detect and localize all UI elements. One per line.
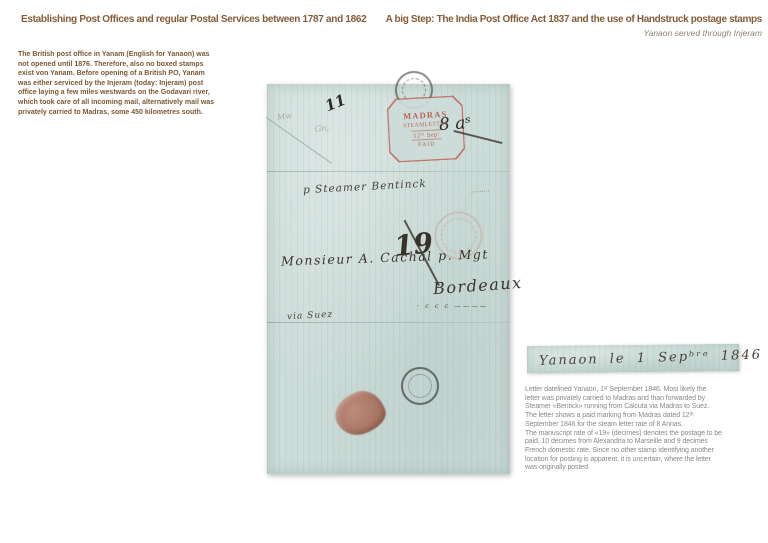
wax-seal (330, 385, 391, 440)
exhibit-page: Establishing Post Offices and regular Po… (0, 0, 768, 543)
handstamp-line-paid: PAID (418, 142, 436, 149)
faint-annotation (471, 188, 489, 193)
manuscript-eleven-mark: 11 (322, 91, 348, 116)
address-flourish: · c c c ———— (417, 302, 488, 310)
pencil-mark: Mw (276, 111, 292, 122)
cover-scan: 11 MADRAS STEAMLETTER 12ᵗʰ Sepᵗ PAID 8 a… (267, 84, 510, 474)
dateline-manuscript: Yanaon le 1 Sepᵇʳᵉ 1846 (527, 348, 762, 370)
caption-text: Letter datelined Yanaon, 1ˢᵗ September 1… (525, 386, 762, 473)
address-line-2: Bordeaux (432, 273, 523, 298)
page-subtitle: Yanaon served through Injeram (462, 28, 762, 38)
page-title-left: Establishing Post Offices and regular Po… (21, 14, 381, 25)
circular-datestamp-bottom (399, 365, 441, 407)
route-endorsement: via Suez (287, 310, 334, 322)
address-line-1: Monsieur A. Cachal p. Mgt (281, 246, 489, 268)
handstamp-line-date: 12ᵗʰ Sepᵗ (411, 129, 442, 141)
intro-paragraph: The British post office in Yanam (Englis… (18, 50, 270, 117)
fold-crease-upper (267, 171, 510, 172)
dateline-strip-scan: Yanaon le 1 Sepᵇʳᵉ 1846 (527, 344, 739, 373)
steamer-endorsement: p Steamer Bentinck (303, 178, 427, 196)
fold-crease-lower (267, 322, 510, 323)
pencil-mark: Gn, (315, 123, 330, 133)
page-title-right: A big Step: The India Post Office Act 18… (372, 14, 762, 25)
